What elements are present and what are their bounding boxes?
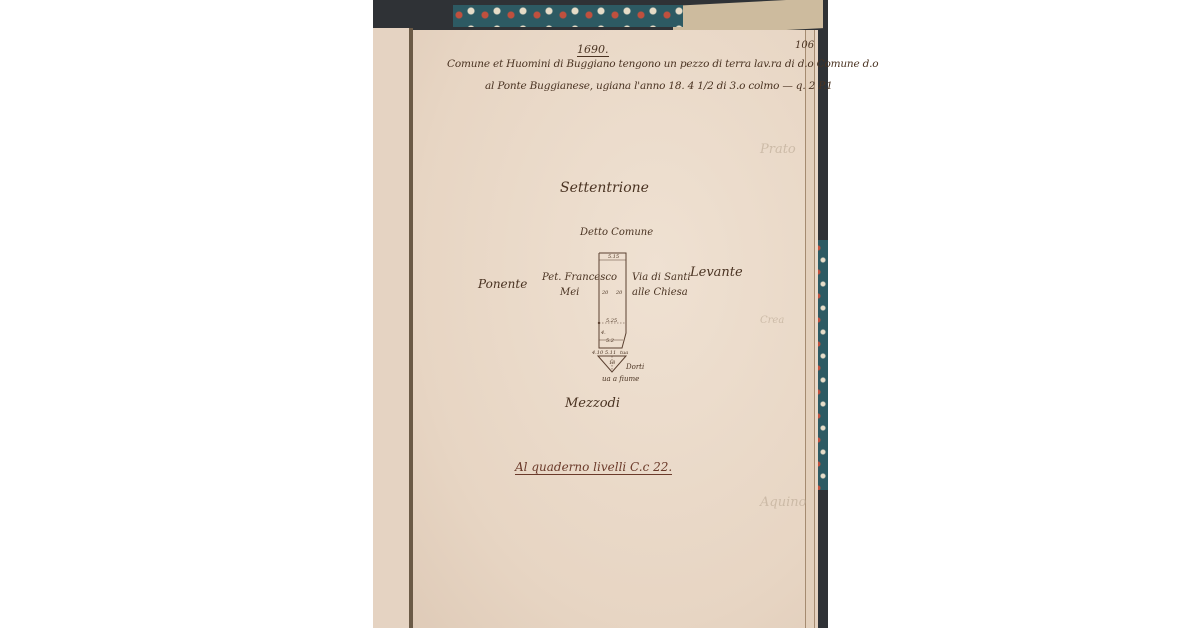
- page-edges: [805, 30, 815, 628]
- ledger-reference: Al quaderno livelli C.c 22.: [515, 460, 672, 475]
- east-neighbor-1: Via di Santi: [632, 272, 691, 283]
- bleedthrough-text: Aquino: [760, 495, 806, 510]
- measure-triangle: 18: [609, 360, 615, 366]
- west-neighbor-2: Mei: [560, 287, 579, 298]
- left-page-edge: [373, 28, 411, 628]
- year-heading: 1690.: [577, 43, 609, 57]
- bleedthrough-text: Crea: [760, 315, 784, 326]
- east-neighbor-2: alle Chiesa: [632, 287, 688, 298]
- west-label: Ponente: [478, 277, 527, 291]
- measure-base-left: 4.10: [592, 350, 603, 356]
- east-label: Levante: [690, 265, 743, 280]
- entry-line-1: Comune et Huomini di Buggiano tengono un…: [447, 58, 878, 70]
- measure-base-right: tua: [620, 350, 628, 356]
- north-label: Settentrione: [560, 180, 649, 196]
- measure-small: 4.: [601, 330, 606, 336]
- north-neighbor: Detto Comune: [580, 227, 653, 238]
- measure-base: 5.11: [605, 350, 616, 356]
- south-neighbor-2: ua a fiume: [602, 375, 639, 383]
- folio-number: 106: [795, 40, 814, 51]
- south-neighbor-1: Dorti: [626, 363, 644, 371]
- entry-line-2: al Ponte Buggianese, ugiana l'anno 18. 4…: [485, 80, 833, 92]
- south-label: Mezzodi: [565, 396, 620, 411]
- bleedthrough-text: Prato: [760, 142, 796, 157]
- measure-left: 20: [602, 290, 608, 296]
- measure-top: 5.15: [608, 254, 619, 260]
- marbled-cover-top: [453, 5, 683, 27]
- measure-lower: 5.2: [606, 338, 614, 344]
- measure-right: 20: [616, 290, 622, 296]
- measure-middle: 5.25: [606, 318, 617, 324]
